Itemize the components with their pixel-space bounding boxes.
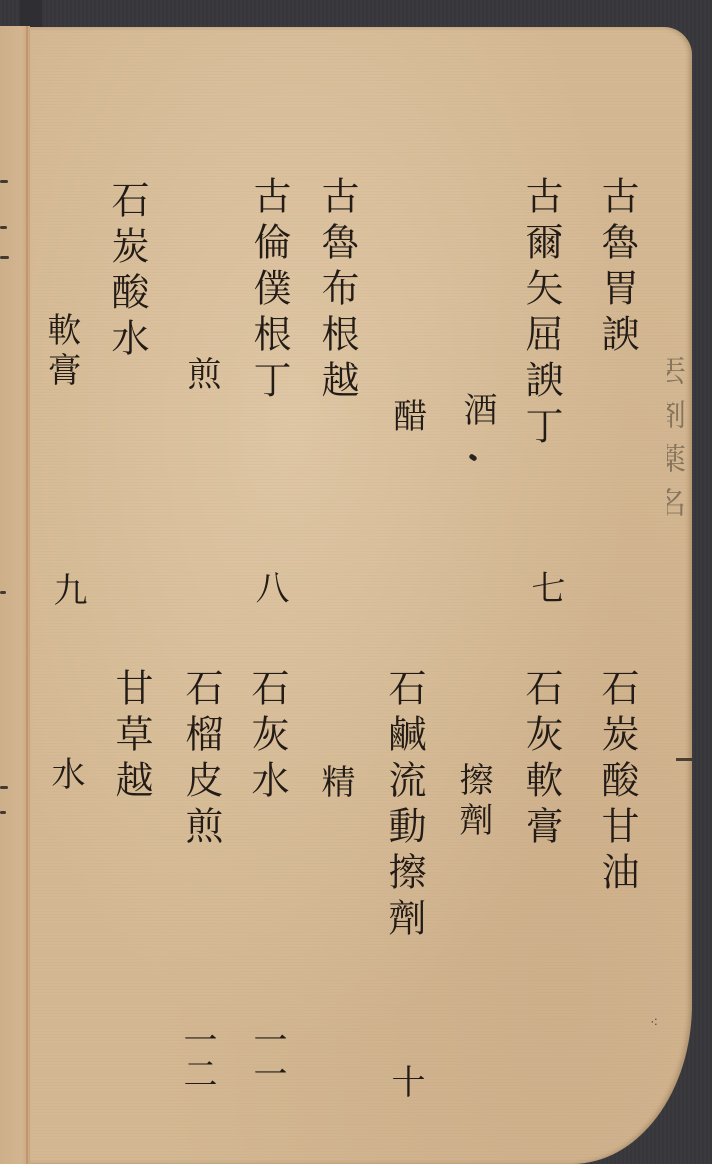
margin-header: 丟剤薬名 <box>667 355 689 531</box>
entry-text: 古魯布根越 <box>318 176 356 406</box>
entry-subtext: 軟膏 <box>44 312 78 392</box>
entry-text: 石炭酸水 <box>108 180 146 364</box>
entry-number: 八 <box>252 570 286 604</box>
entry-number: 七 <box>528 570 562 604</box>
margin-page-number <box>676 758 692 761</box>
previous-page-ink-mark <box>0 180 8 183</box>
entry-subtext: 擦劑 <box>456 762 490 842</box>
entry-subtext: 精 <box>318 764 352 804</box>
entry-text: 古倫僕根丁 <box>250 176 288 406</box>
entry-number: 十 <box>388 1064 422 1098</box>
entry-text: 甘草越 <box>112 668 150 806</box>
entry-text: 古爾矢屈諛丁 <box>522 176 560 452</box>
previous-page-ink-mark <box>0 226 7 229</box>
entry-number: 一二 <box>180 1022 214 1090</box>
previous-page-edge <box>0 26 30 1164</box>
entry-subtext: 煎 <box>184 356 218 396</box>
entry-text: 石灰水 <box>248 668 286 806</box>
entry-text: 石炭酸甘油 <box>598 668 636 898</box>
ink-blot: ⁖ <box>650 1015 658 1031</box>
previous-page-ink-mark <box>0 786 8 789</box>
entry-subtext: 水 <box>48 756 82 796</box>
previous-page-ink-mark <box>0 811 6 814</box>
page-fold-line <box>26 26 28 1164</box>
entry-text: 古魯胃諛 <box>598 176 636 360</box>
entry-number: 一一 <box>250 1022 284 1090</box>
entry-number: 九 <box>50 572 84 606</box>
previous-page-ink-mark <box>0 591 6 594</box>
entry-subtext: 醋 <box>390 398 424 438</box>
entry-subtext: 酒 <box>460 392 494 432</box>
entry-text: 石榴皮煎 <box>182 668 220 852</box>
entry-text: 石鹹流動擦劑 <box>385 668 423 944</box>
entry-text: 石灰軟膏 <box>522 668 560 852</box>
previous-page-ink-mark <box>0 256 9 259</box>
